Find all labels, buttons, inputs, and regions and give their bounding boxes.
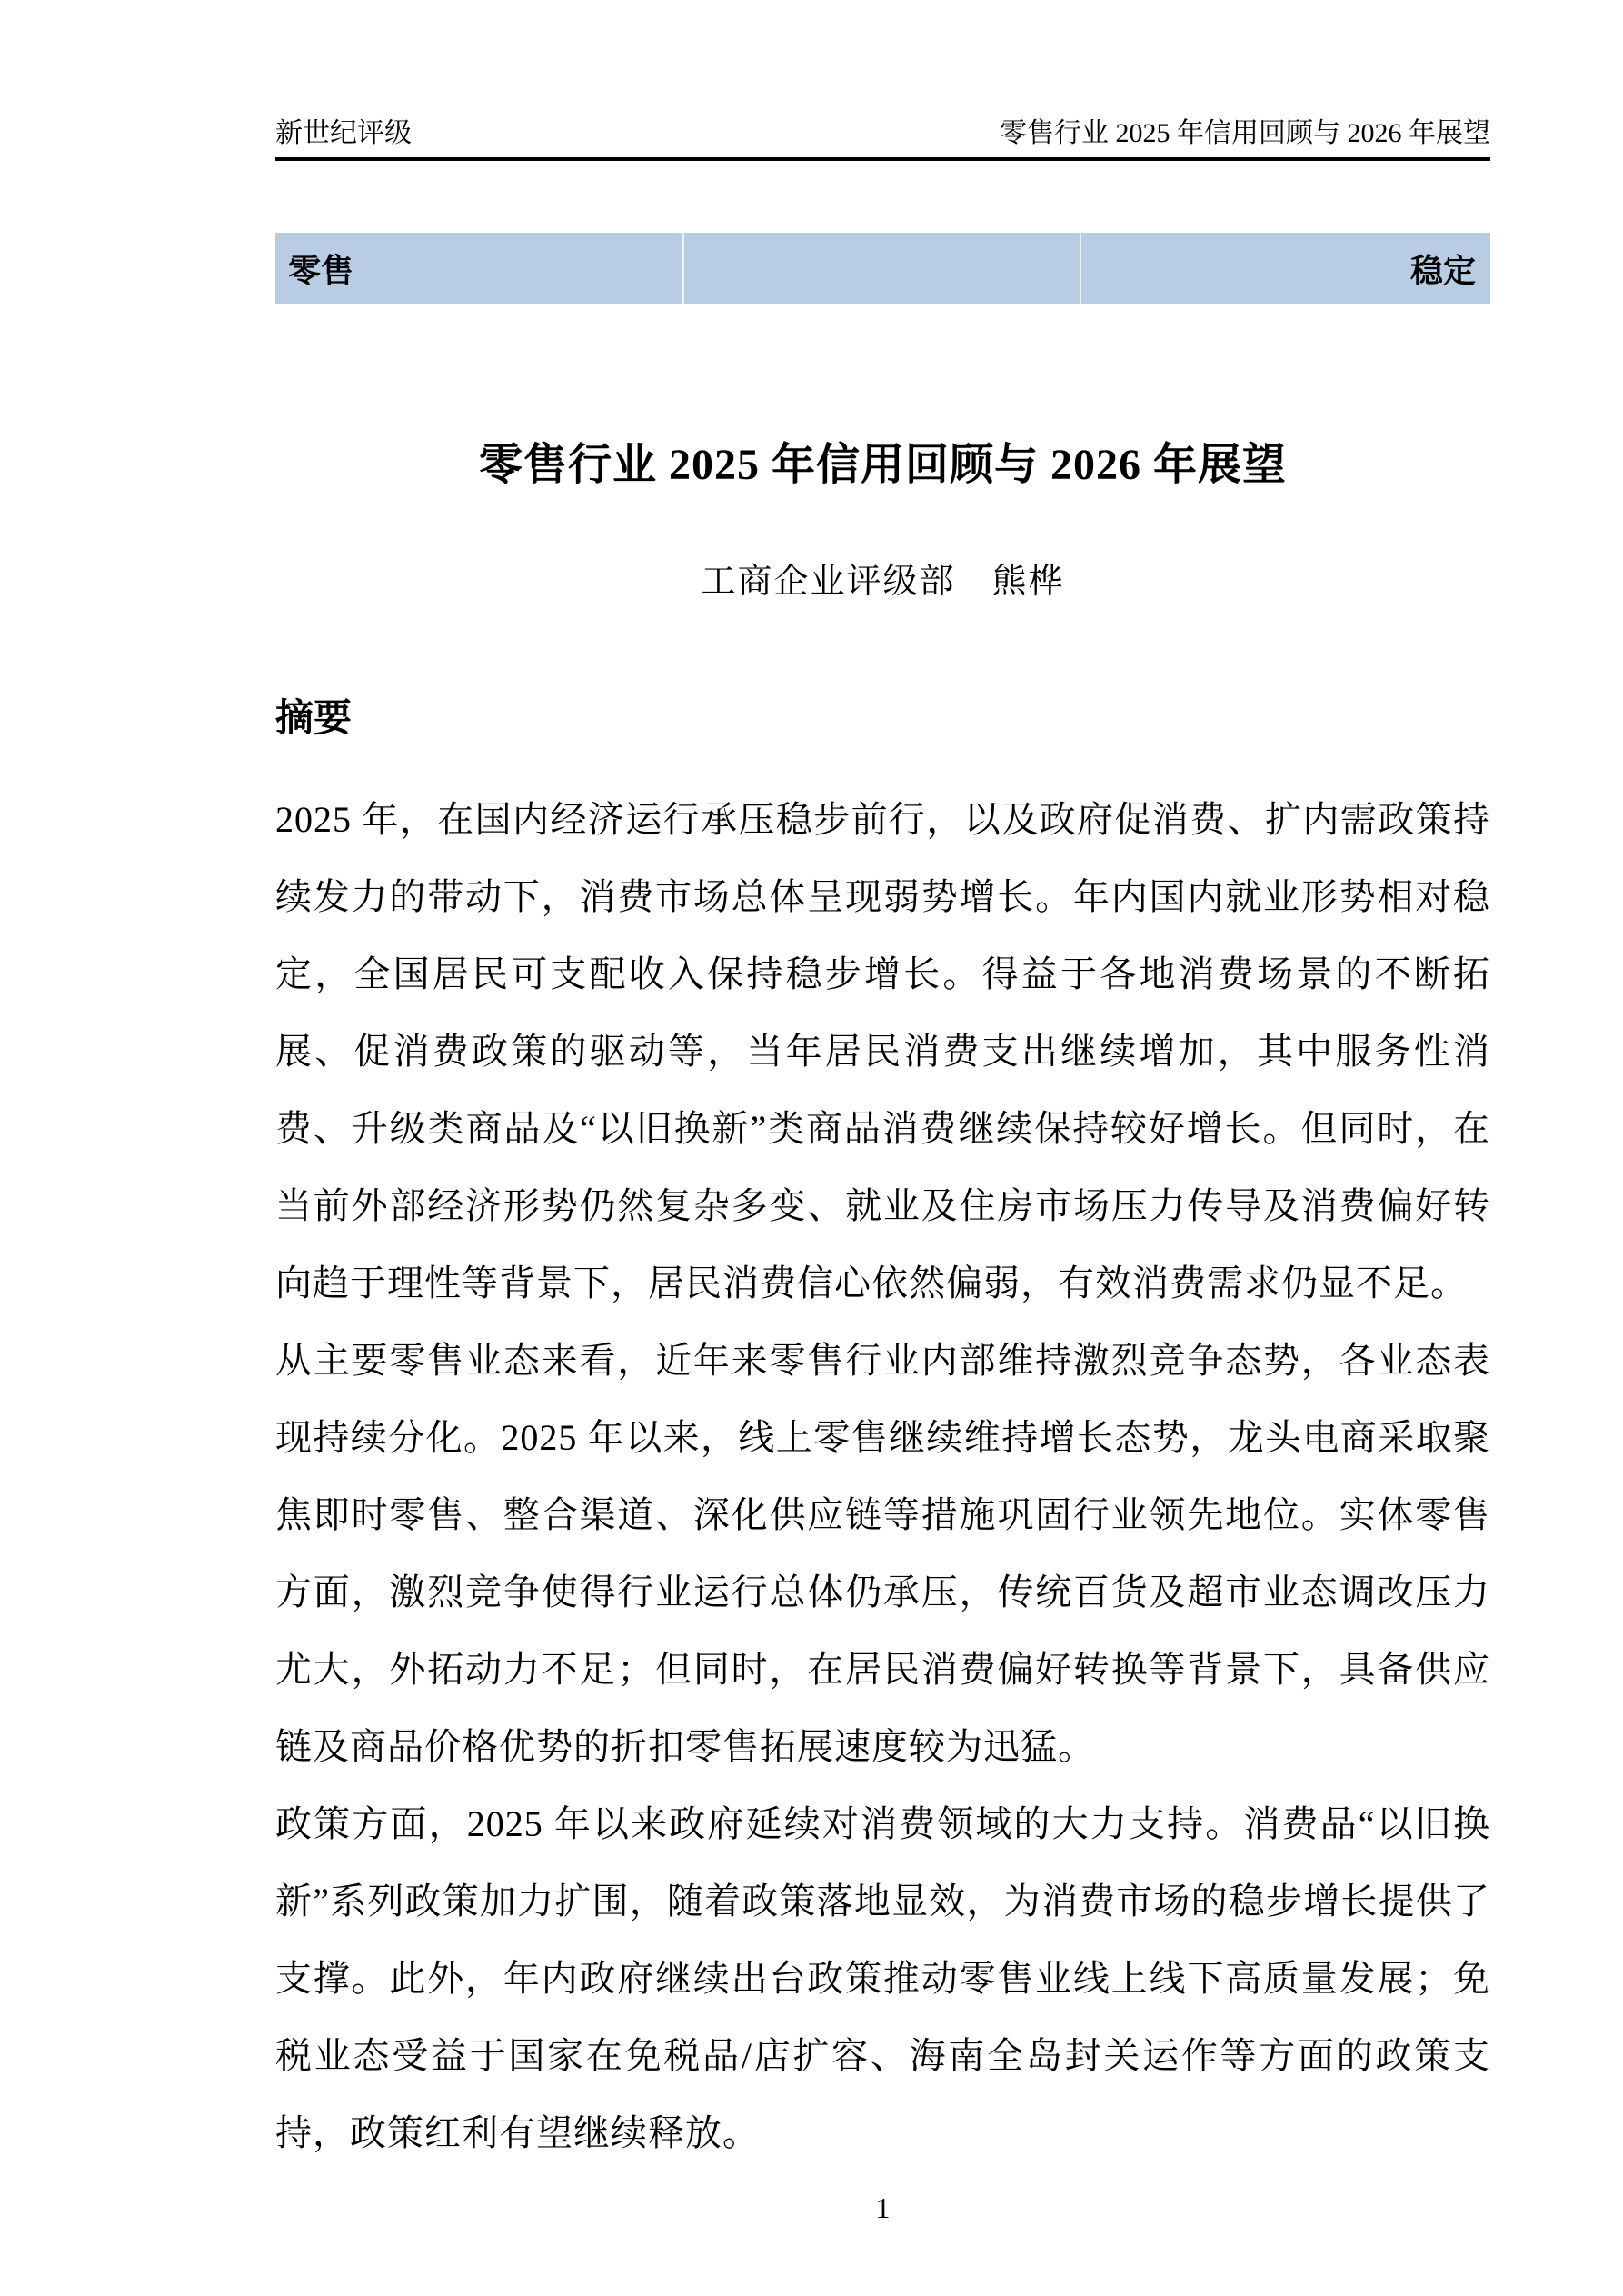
byline: 工商企业评级部 熊桦: [275, 553, 1490, 603]
summary-paragraph: 从主要零售业态来看，近年来零售行业内部维持激烈竞争态势，各业态表现持续分化。20…: [275, 1322, 1490, 1785]
page-header: 新世纪评级 零售行业 2025 年信用回顾与 2026 年展望: [275, 0, 1490, 161]
header-brand: 新世纪评级: [275, 118, 412, 149]
banner-spacer-cell: [682, 233, 1080, 304]
banner-outlook-cell: 稳定: [1081, 233, 1490, 304]
header-report-title: 零售行业 2025 年信用回顾与 2026 年展望: [1000, 118, 1490, 149]
outlook-label: 稳定: [1410, 245, 1476, 292]
page-number: 1: [275, 2191, 1490, 2225]
document-page: 新世纪评级 零售行业 2025 年信用回顾与 2026 年展望 零售 稳定 零售…: [0, 0, 1623, 2296]
summary-heading: 摘要: [275, 697, 1490, 739]
rating-banner: 零售 稳定: [275, 233, 1490, 304]
summary-body: 2025 年，在国内经济运行承压稳步前行，以及政府促消费、扩内需政策持续发力的带…: [275, 781, 1490, 2171]
report-title: 零售行业 2025 年信用回顾与 2026 年展望: [275, 440, 1490, 491]
summary-paragraph: 政策方面，2025 年以来政府延续对消费领域的大力支持。消费品“以旧换新”系列政…: [275, 1785, 1490, 2171]
sector-label: 零售: [288, 245, 353, 292]
banner-sector-cell: 零售: [275, 233, 682, 304]
summary-paragraph: 2025 年，在国内经济运行承压稳步前行，以及政府促消费、扩内需政策持续发力的带…: [275, 781, 1490, 1322]
